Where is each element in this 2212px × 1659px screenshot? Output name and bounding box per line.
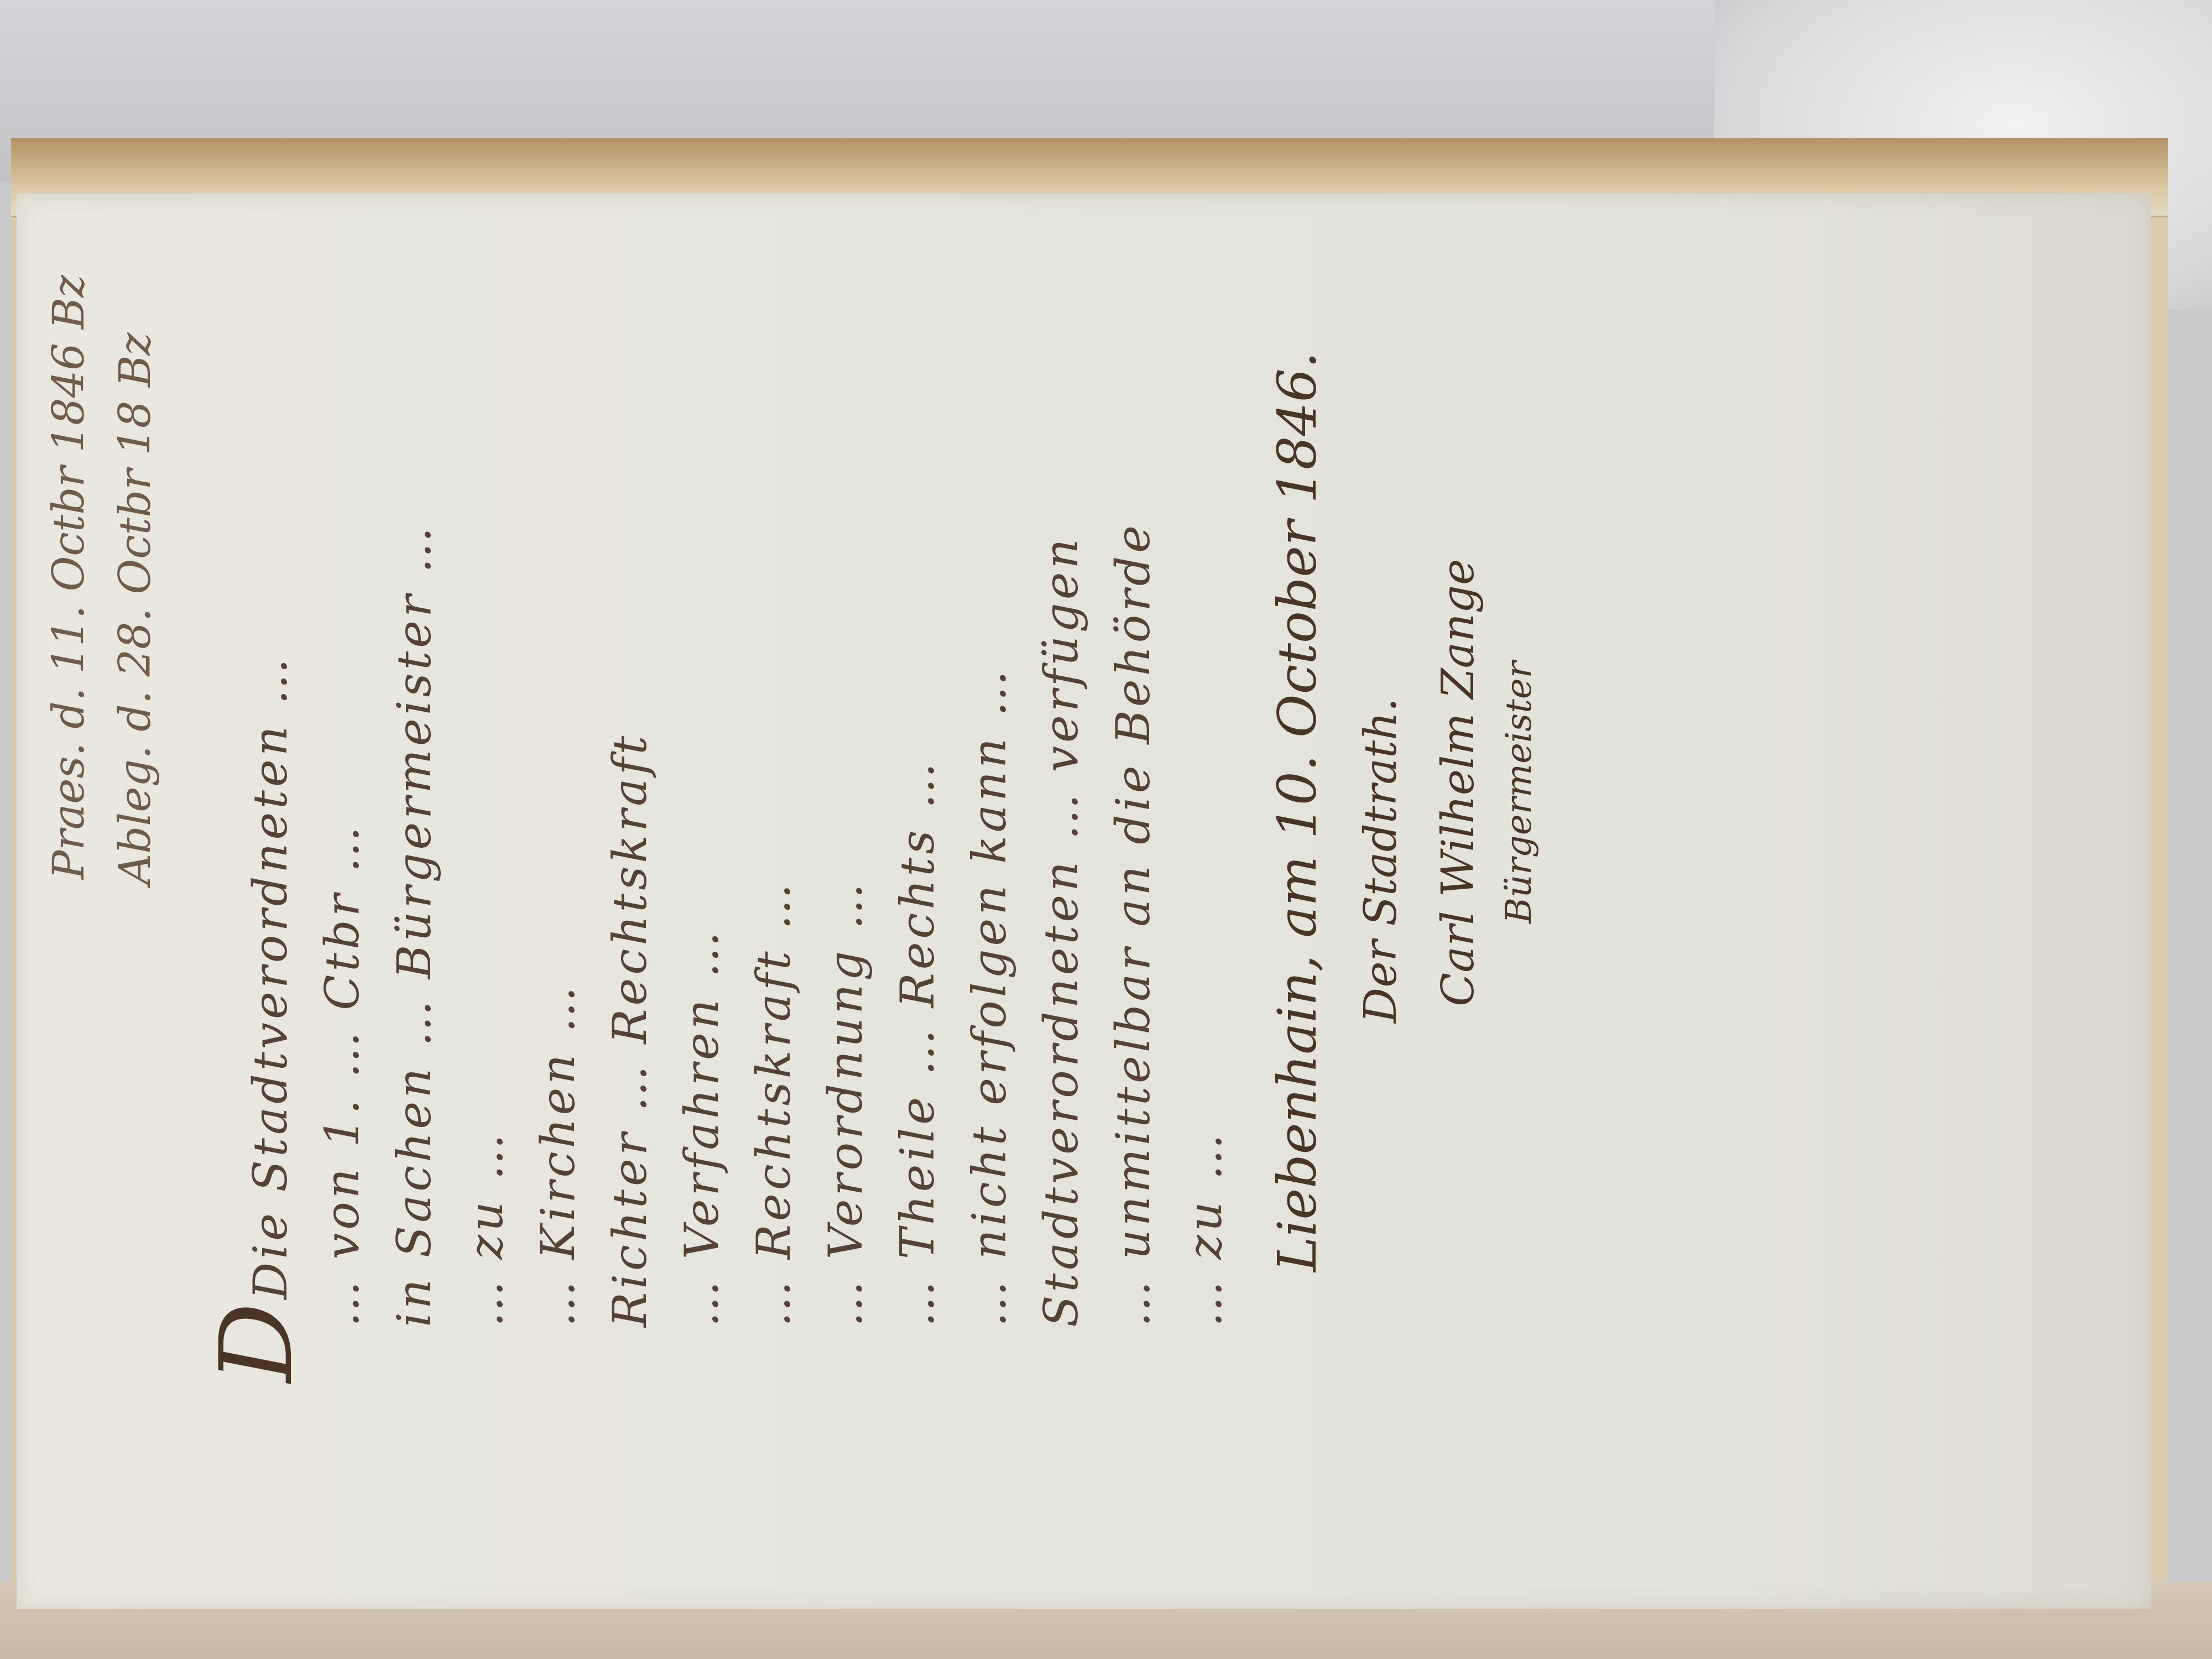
body-line: … Verordnung …: [818, 880, 873, 1327]
signature: Carl Wilhelm Zange: [1432, 559, 1484, 1006]
body-line: … Kirchen …: [531, 983, 585, 1327]
authority-line: Der Stadtrath.: [1355, 698, 1406, 1023]
body-line: … unmittelbar an die Behörde: [1106, 522, 1160, 1327]
dispatched-annotation: Ableg. d. 28. Octbr 18 Bz: [111, 332, 160, 885]
received-annotation: Praes. d. 11. Octbr 1846 Bz: [44, 275, 94, 879]
letter-page: Praes. d. 11. Octbr 1846 Bz Ableg. d. 28…: [17, 194, 2151, 1609]
body-line: … zu …: [1178, 1130, 1232, 1327]
signatory-title: Bürgermeister: [1499, 661, 1540, 924]
body-line: … Verfahren …: [675, 928, 729, 1327]
body-line: … Rechtskraft …: [747, 880, 801, 1327]
salutation-initial: D: [199, 1303, 315, 1383]
body-line: Die Stadtverordneten …: [243, 655, 298, 1300]
body-line: … zu …: [459, 1130, 513, 1327]
body-line: … Theile … Rechts …: [890, 759, 945, 1327]
body-line: Stadtverordneten … verfügen: [1034, 535, 1088, 1327]
body-line: Richter … Rechtskraft: [603, 733, 657, 1327]
body-line: … von 1. … Ctbr …: [315, 823, 369, 1327]
body-line: in Sachen … Bürgermeister …: [387, 524, 441, 1327]
place-date-line: Liebenhain, am 10. October 1846.: [1266, 352, 1328, 1272]
body-line: … nicht erfolgen kann …: [962, 667, 1016, 1327]
